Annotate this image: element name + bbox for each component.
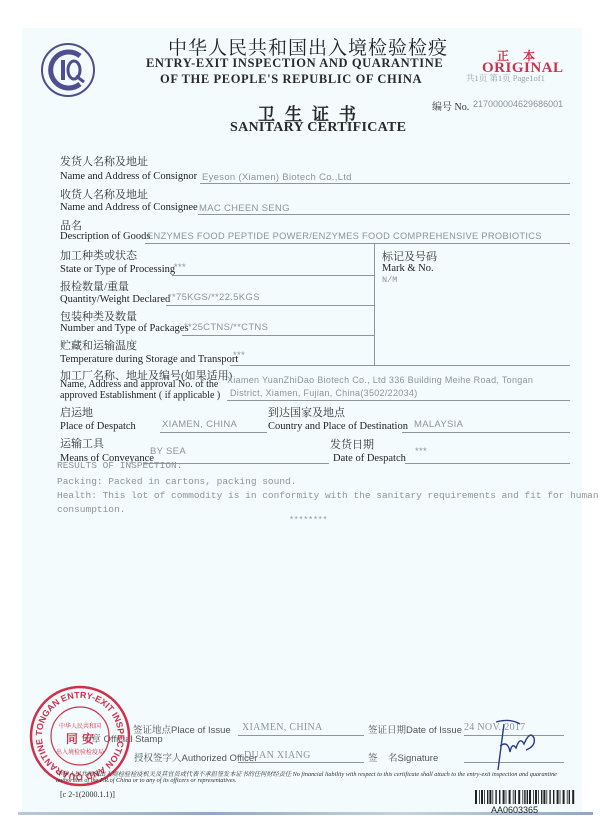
temperature-underline: [230, 365, 570, 366]
date-of-issue-label: 签证日期Date of Issue: [368, 722, 462, 736]
certificate-title-en: SANITARY CERTIFICATE: [230, 120, 406, 136]
issuer-name-en-line1: ENTRY-EXIT INSPECTION AND QUARANTINE: [146, 56, 443, 71]
despatch-place-label-cn: 启运地: [60, 404, 93, 420]
quantity-label-cn: 报检数量/重量: [60, 278, 129, 294]
signature-label: 签 名Signature: [368, 750, 438, 764]
results-health-1: Health: This lot of commodity is in conf…: [57, 490, 599, 501]
temperature-label-en: Temperature during Storage and Transport: [60, 354, 238, 365]
authorized-officer-value: DUAN XIANG: [244, 750, 311, 761]
processing-value: ***: [174, 262, 186, 273]
stamp-inner-text: 中华人民共和国: [59, 722, 101, 730]
place-of-issue-value: XIAMEN, CHINA: [242, 722, 323, 733]
place-of-issue-underline: [238, 735, 364, 736]
barcode-number: AA0603365: [491, 805, 538, 815]
processing-underline: [172, 275, 374, 276]
goods-value: ENZYMES FOOD PEPTIDE POWER/ENZYMES FOOD …: [147, 231, 542, 241]
despatch-date-label-cn: 发货日期: [330, 436, 374, 452]
quantity-label-en: Quantity/Weight Declared: [60, 294, 170, 305]
temperature-label-cn: 贮藏和运输温度: [60, 337, 137, 353]
despatch-place-underline: [160, 432, 267, 433]
despatch-place-label-en: Place of Despatch: [60, 421, 136, 432]
destination-label-cn: 到达国家及地点: [268, 404, 345, 420]
ciq-logo-icon: [40, 42, 96, 98]
quantity-underline: [166, 305, 374, 306]
consignee-underline: [198, 214, 570, 215]
despatch-date-label-en: Date of Despatch: [333, 453, 406, 464]
processing-label-cn: 加工种类或状态: [60, 247, 137, 263]
doc-number-label: 编号 No.: [432, 98, 469, 113]
issuer-name-en-line2: OF THE PEOPLE'S REPUBLIC OF CHINA: [160, 72, 422, 87]
form-code: [c 2-1(2000.1.1)]: [60, 790, 115, 799]
destination-underline: [402, 432, 570, 433]
place-of-issue-label: 签证地点Place of Issue: [133, 722, 231, 736]
despatch-date-underline: [405, 463, 570, 464]
conveyance-value: BY SEA: [150, 446, 186, 457]
temperature-value: ***: [233, 350, 245, 361]
establishment-value-1: Xiamen YuanZhiDao Biotech Co., Ltd 336 B…: [227, 375, 533, 385]
mark-label-en: Mark & No.: [382, 263, 434, 274]
packages-underline: [182, 335, 374, 336]
consignor-label-en: Name and Address of Consignor: [60, 171, 197, 182]
consignee-label-en: Name and Address of Consignee: [60, 202, 198, 213]
authorized-officer-underline: [238, 762, 364, 763]
consignor-underline: [200, 183, 570, 184]
consignor-label-cn: 发货人名称及地址: [60, 153, 148, 169]
consignee-label-cn: 收货人名称及地址: [60, 186, 148, 202]
original-label: ORIGINAL: [482, 60, 564, 77]
goods-label-en: Description of Goods: [60, 231, 150, 242]
consignor-value: Eyeson (Xiamen) Biotech Co.,Ltd: [202, 172, 352, 183]
results-heading: RESULTS OF INSPECTION:: [57, 460, 182, 471]
barcode: [475, 790, 575, 804]
results-terminator: ********: [289, 516, 327, 525]
results-packing: Packing: Packed in cartons, packing soun…: [57, 476, 296, 487]
mark-label-cn: 标记及号码: [382, 248, 437, 264]
mark-box-divider: [374, 244, 375, 365]
despatch-place-value: XIAMEN, CHINA: [162, 419, 237, 430]
consignee-value: MAC CHEEN SENG: [199, 203, 290, 214]
establishment-label-en-2: approved Establishment ( if applicable ): [60, 390, 220, 401]
packages-value: **25CTNS/**CTNS: [184, 322, 268, 333]
goods-underline: [145, 243, 570, 244]
quantity-value: **75KGS/**22.5KGS: [168, 292, 260, 303]
establishment-underline: [227, 400, 570, 401]
processing-label-en: State or Type of Processing: [60, 264, 175, 275]
handwritten-signature: [490, 712, 540, 774]
mark-value: N/M: [382, 275, 397, 285]
results-health-2: consumption.: [57, 504, 125, 515]
destination-value: MALAYSIA: [414, 419, 463, 430]
doc-number-value: 217000004629686001: [473, 99, 563, 109]
establishment-label-en-1: Name, Address and approval No. of the: [60, 379, 218, 390]
despatch-date-value: ***: [415, 446, 427, 457]
destination-label-en: Country and Place of Destination: [268, 421, 408, 432]
liability-disclaimer-2: authorities of the P.R.of China or to an…: [56, 777, 236, 784]
packages-label-cn: 包装种类及数量: [60, 308, 137, 324]
svg-text:同 安: 同 安: [66, 731, 94, 746]
conveyance-label-cn: 运输工具: [60, 435, 104, 451]
packages-label-en: Number and Type of Packages: [60, 323, 189, 334]
establishment-value-2: District, Xiamen, Fujian, China(3502/220…: [230, 388, 418, 398]
svg-text:出入境检验检疫局: 出入境检验检疫局: [56, 748, 104, 756]
